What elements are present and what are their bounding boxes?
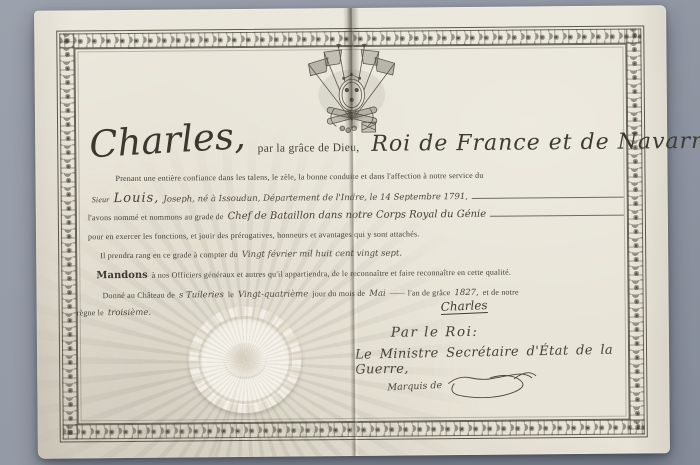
officer-name-handwritten: Louis, <box>114 191 160 206</box>
body-line-8: règne le troisième. <box>77 308 151 319</box>
minister-signature-flourish <box>443 366 540 400</box>
and-of-our-text: et de notre <box>483 288 519 297</box>
given-at-text: Donné au Château de <box>103 291 176 301</box>
parchment-document: Charles, par la grâce de Dieu, Roi de Fr… <box>34 5 670 458</box>
king-signature: Charles <box>440 298 487 314</box>
embossed-paper-seal <box>189 306 302 413</box>
le-text: le <box>228 290 234 299</box>
year-handwritten: 1827, <box>454 288 478 298</box>
palace-handwritten: s Tuileries <box>179 290 224 300</box>
appointment-text: l'avons nommé et nommons au grade de <box>88 212 224 222</box>
month-handwritten: Mai <box>369 289 386 299</box>
rank-date-handwritten: Vingt février mil huit cent vingt sept. <box>242 249 402 260</box>
king-name: Charles, <box>88 117 246 163</box>
royal-title-text: Roi de France et de Navarre, <box>371 129 700 157</box>
by-grace-of-god-text: par la grâce de Dieu, <box>258 142 360 155</box>
reign-year-handwritten: troisième. <box>108 308 151 318</box>
sieur-label: Sieur <box>92 195 110 204</box>
rank-handwritten: Chef de Bataillon dans notre Corps Royal… <box>228 209 487 222</box>
officer-birth-details-handwritten: Joseph, né à Issoudun, Département de l'… <box>163 192 468 205</box>
blank-rule-line <box>472 191 624 199</box>
reign-text: règne le <box>77 308 104 317</box>
minister-signature-prefix: Marquis de <box>387 379 442 392</box>
document-heading: Charles, par la grâce de Dieu, Roi de Fr… <box>89 117 700 160</box>
rank-date-text: Il prendra rang en ce grade à compter du <box>100 250 238 260</box>
dash-fill: —— <box>390 289 404 298</box>
year-of-grace-text: l'an de grâce <box>408 288 451 297</box>
blank-rule-line <box>490 209 624 217</box>
day-handwritten: Vingt-quatrième <box>238 289 308 300</box>
photo-background: Charles, par la grâce de Dieu, Roi de Fr… <box>0 0 700 465</box>
par-le-roi-text: Par le Roi: <box>391 324 479 341</box>
month-label-text: jour du mois de <box>312 289 365 298</box>
corner-plate-number: 92 <box>634 409 640 415</box>
mandons-text: à nos Officiers généraux et autres qu'il… <box>152 268 511 280</box>
seal-embossed-crest <box>223 341 267 379</box>
mandons-initial-word: Mandons <box>96 270 147 281</box>
